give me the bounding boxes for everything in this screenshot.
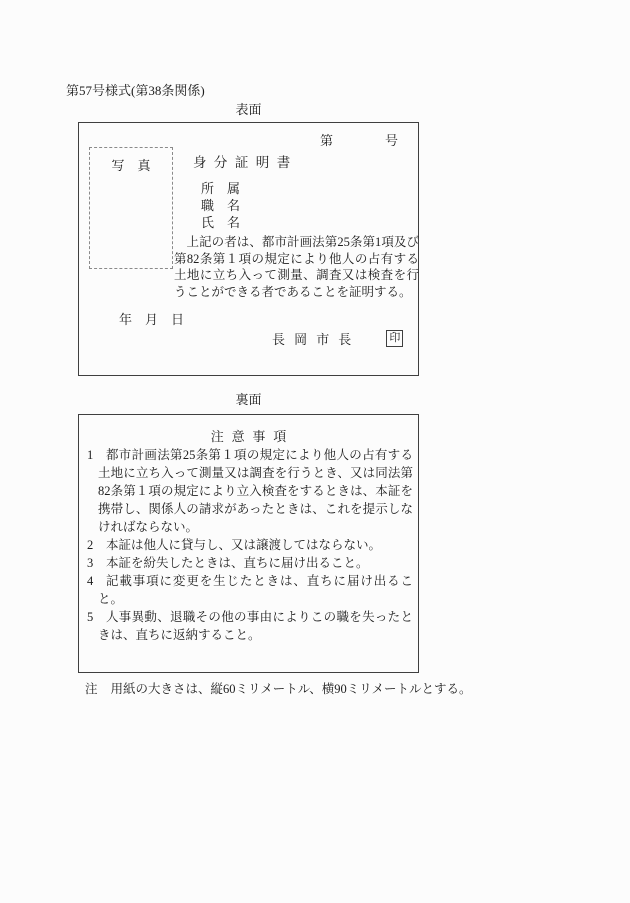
document-page: 第57号様式(第38条関係) 表面 第 号 写 真 身分証明書 所属 職名 氏名…	[0, 0, 630, 903]
certificate-body-text: 上記の者は、都市計画法第25条第1項及び第82条第１項の規定により他人の占有する…	[174, 234, 419, 300]
seal-mark: 印	[386, 330, 403, 347]
note-item-1: 1 都市計画法第25条第１項の規定により他人の占有する土地に立ち入って測量又は調…	[79, 446, 418, 536]
note-text: 本証を紛失したときは、直ちに届け出ること。	[106, 556, 369, 570]
note-text: 都市計画法第25条第１項の規定により他人の占有する土地に立ち入って測量又は調査を…	[98, 448, 413, 534]
certificate-number-suffix: 号	[385, 130, 398, 149]
notes-list: 1 都市計画法第25条第１項の規定により他人の占有する土地に立ち入って測量又は調…	[79, 446, 418, 644]
note-number: 1	[87, 446, 93, 464]
front-card: 第 号 写 真 身分証明書 所属 職名 氏名 上記の者は、都市計画法第25条第1…	[78, 122, 419, 376]
certificate-number-prefix: 第	[320, 130, 333, 149]
signer-name: 長岡市長	[272, 329, 360, 348]
note-number: 2	[87, 536, 93, 554]
back-side-label: 裏面	[78, 389, 419, 408]
notes-title: 注意事項	[79, 426, 418, 445]
note-item-2: 2 本証は他人に貸与し、又は譲渡してはならない。	[79, 536, 418, 554]
certificate-title: 身分証明書	[193, 151, 298, 171]
note-item-5: 5 人事異動、退職その他の事由によりこの職を失ったときは、直ちに返納すること。	[79, 608, 418, 644]
note-number: 5	[87, 608, 93, 626]
paper-size-note: 注用紙の大きさは、縦60ミリメートル、横90ミリメートルとする。	[85, 679, 472, 697]
note-item-3: 3 本証を紛失したときは、直ちに届け出ること。	[79, 554, 418, 572]
date-line: 年 月 日	[119, 309, 184, 328]
field-name: 氏名	[201, 212, 253, 231]
note-item-4: 4 記載事項に変更を生じたときは、直ちに届け出ること。	[79, 572, 418, 608]
note-text: 人事異動、退職その他の事由によりこの職を失ったときは、直ちに返納すること。	[98, 610, 413, 642]
photo-box: 写 真	[89, 147, 173, 269]
signer-row: 長岡市長 印	[272, 329, 403, 348]
paper-size-note-text: 用紙の大きさは、縦60ミリメートル、横90ミリメートルとする。	[111, 682, 472, 696]
note-text: 記載事項に変更を生じたときは、直ちに届け出ること。	[98, 574, 413, 606]
note-text: 本証は他人に貸与し、又は譲渡してはならない。	[106, 538, 381, 552]
photo-label: 写 真	[111, 155, 150, 174]
form-number-title: 第57号様式(第38条関係)	[66, 80, 205, 99]
note-number: 3	[87, 554, 93, 572]
paper-size-note-label: 注	[85, 682, 98, 696]
back-card: 注意事項 1 都市計画法第25条第１項の規定により他人の占有する土地に立ち入って…	[78, 414, 419, 673]
front-side-label: 表面	[78, 99, 419, 118]
note-number: 4	[87, 572, 93, 590]
certificate-number-line: 第 号	[320, 130, 398, 149]
